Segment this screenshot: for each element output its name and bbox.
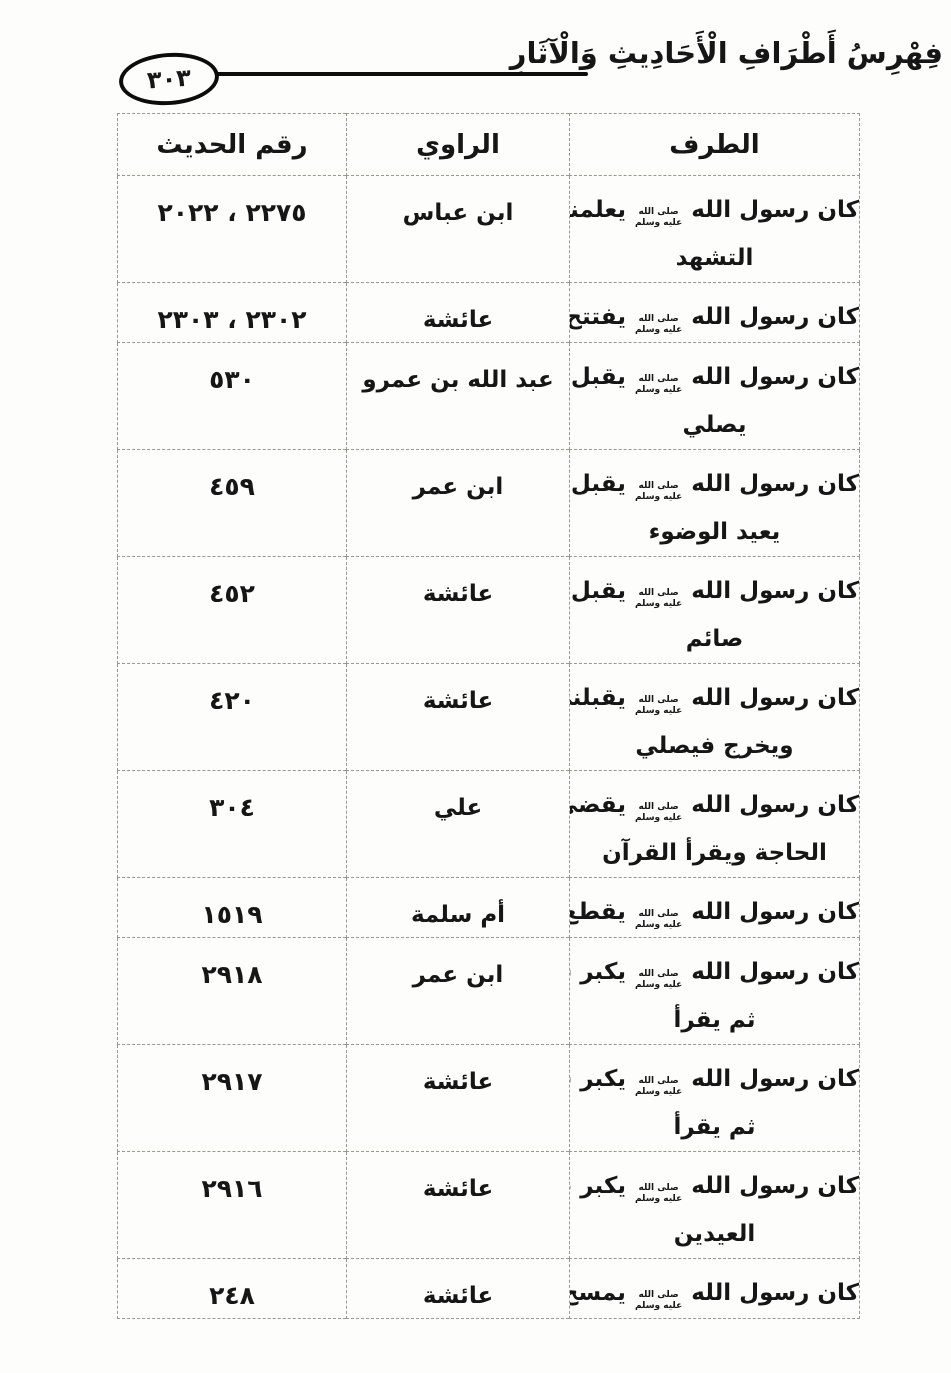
hadith-number-cell: ٢٩١٦ xyxy=(118,1152,347,1259)
taraf-cell: كان رسول الله صلى اللهعليه وسلم يقبل ثم … xyxy=(570,343,860,450)
table-row: كان رسول الله صلى اللهعليه وسلم يقضي الح… xyxy=(118,771,860,878)
hadith-number-cell: ٢٠٢٢ ، ٢٢٧٥ xyxy=(118,176,347,283)
taraf-rest: يكبر سبعا xyxy=(570,959,626,985)
taraf-line2: يعيد الوضوء xyxy=(570,508,859,556)
hadith-index-table: الطرف الراوي رقم الحديث كان رسول الله صل… xyxy=(117,113,860,1319)
taraf-cell: كان رسول الله صلى اللهعليه وسلم يفتتح xyxy=(570,283,860,343)
taraf-cell: كان رسول الله صلى اللهعليه وسلم يقبل وهو… xyxy=(570,557,860,664)
hadith-number-cell: ٤٥٩ xyxy=(118,450,347,557)
table-row: كان رسول الله صلى اللهعليه وسلم يكبر سبع… xyxy=(118,938,860,1045)
taraf-prefix: كان رسول الله xyxy=(691,1066,859,1092)
page-number: ٣٠٣ xyxy=(146,64,192,95)
taraf-cell: كان رسول الله صلى اللهعليه وسلم يكبر في … xyxy=(570,1152,860,1259)
taraf-cell: كان رسول الله صلى اللهعليه وسلم يعلمنا ا… xyxy=(570,176,860,283)
narrator-cell: ابن عمر xyxy=(347,450,570,557)
table-row: كان رسول الله صلى اللهعليه وسلم يقبل وهو… xyxy=(118,557,860,664)
hadith-number: ٢٠٢٢ ، ٢٢٧٥ xyxy=(158,198,307,227)
taraf-rest: يقبلني xyxy=(570,685,626,711)
taraf-line2: ثم يقرأ xyxy=(570,1103,859,1151)
narrator-cell: عبد الله بن عمرو xyxy=(347,343,570,450)
pbuh-honorific: صلى اللهعليه وسلم xyxy=(635,802,682,824)
pbuh-honorific: صلى اللهعليه وسلم xyxy=(635,1183,682,1205)
taraf-line1: كان رسول الله صلى اللهعليه وسلم يقبل وهو xyxy=(570,567,859,615)
pbuh-honorific: صلى اللهعليه وسلم xyxy=(635,1290,682,1312)
taraf-line2: العيدين xyxy=(570,1210,859,1258)
taraf-rest: يكبر في xyxy=(570,1173,626,1199)
hadith-number-cell: ٤٥٢ xyxy=(118,557,347,664)
hadith-number: ٢٩١٨ xyxy=(201,960,262,989)
taraf-line1: كان رسول الله صلى اللهعليه وسلم يفتتح xyxy=(570,293,859,341)
taraf-prefix: كان رسول الله xyxy=(691,471,859,497)
taraf-rest: يكبر سبعا xyxy=(570,1066,626,1092)
hadith-number-cell: ٢٩١٧ xyxy=(118,1045,347,1152)
hadith-number: ١٥١٩ xyxy=(201,900,262,929)
taraf-cell: كان رسول الله صلى اللهعليه وسلم يقطع قرا… xyxy=(570,878,860,938)
table-row: كان رسول الله صلى اللهعليه وسلم يقبل ولا… xyxy=(118,450,860,557)
narrator-cell: عائشة xyxy=(347,664,570,771)
pbuh-honorific: صلى اللهعليه وسلم xyxy=(635,481,682,503)
taraf-line1: كان رسول الله صلى اللهعليه وسلم يقطع قرا… xyxy=(570,888,859,936)
narrator-cell: عائشة xyxy=(347,1045,570,1152)
table-row: كان رسول الله صلى اللهعليه وسلم يعلمنا ا… xyxy=(118,176,860,283)
page-number-badge: ٣٠٣ xyxy=(117,50,220,109)
hadith-number: ٢٩١٦ xyxy=(201,1174,262,1203)
taraf-rest: يعلمنا xyxy=(570,197,626,223)
taraf-prefix: كان رسول الله xyxy=(691,197,859,223)
table-row: كان رسول الله صلى اللهعليه وسلم يقبلني و… xyxy=(118,664,860,771)
hadith-number-cell: ٤٢٠ xyxy=(118,664,347,771)
hadith-number-cell: ١٥١٩ xyxy=(118,878,347,938)
pbuh-honorific: صلى اللهعليه وسلم xyxy=(635,588,682,610)
hadith-number-cell: ٢٤٨ xyxy=(118,1259,347,1319)
taraf-line2: ثم يقرأ xyxy=(570,996,859,1044)
taraf-line1: كان رسول الله صلى اللهعليه وسلم يكبر سبع… xyxy=(570,1055,859,1103)
table-row: كان رسول الله صلى اللهعليه وسلم يمسح أذن… xyxy=(118,1259,860,1319)
hadith-number: ٢٩١٧ xyxy=(201,1067,262,1096)
taraf-cell: كان رسول الله صلى اللهعليه وسلم يكبر سبع… xyxy=(570,938,860,1045)
scanned-book-page: فِهْرِسُ أَطْرَافِ الْأَحَادِيثِ وَالْآث… xyxy=(0,0,951,1373)
taraf-prefix: كان رسول الله xyxy=(691,685,859,711)
pbuh-honorific: صلى اللهعليه وسلم xyxy=(635,1076,682,1098)
taraf-line1: كان رسول الله صلى اللهعليه وسلم يكبر في xyxy=(570,1162,859,1210)
hadith-number: ٤٥٢ xyxy=(209,579,255,608)
table-row: كان رسول الله صلى اللهعليه وسلم يكبر سبع… xyxy=(118,1045,860,1152)
table-row: كان رسول الله صلى اللهعليه وسلم يقطع قرا… xyxy=(118,878,860,938)
taraf-prefix: كان رسول الله xyxy=(691,899,859,925)
narrator-cell: ابن عمر xyxy=(347,938,570,1045)
taraf-rest: يقبل ثم xyxy=(570,364,626,390)
taraf-rest: يقضي xyxy=(570,792,626,818)
hadith-number: ٥٣٠ xyxy=(209,365,255,394)
header-rule xyxy=(214,72,588,76)
taraf-rest: يقبل وهو xyxy=(570,578,626,604)
taraf-line1: كان رسول الله صلى اللهعليه وسلم يقبل ولا xyxy=(570,460,859,508)
taraf-prefix: كان رسول الله xyxy=(691,304,859,330)
taraf-rest: يقطع قراءته xyxy=(570,899,626,925)
taraf-prefix: كان رسول الله xyxy=(691,578,859,604)
pbuh-honorific: صلى اللهعليه وسلم xyxy=(635,314,682,336)
taraf-prefix: كان رسول الله xyxy=(691,1173,859,1199)
hadith-number-cell: ٢٣٠٣ ، ٢٣٠٢ xyxy=(118,283,347,343)
pbuh-honorific: صلى اللهعليه وسلم xyxy=(635,909,682,931)
taraf-prefix: كان رسول الله xyxy=(691,1280,859,1306)
taraf-rest: يمسح أذنيه xyxy=(570,1280,626,1306)
hadith-number: ٤٥٩ xyxy=(209,472,255,501)
taraf-line2: ويخرج فيصلي xyxy=(570,722,859,770)
taraf-prefix: كان رسول الله xyxy=(691,364,859,390)
column-header-taraf: الطرف xyxy=(570,114,860,176)
pbuh-honorific: صلى اللهعليه وسلم xyxy=(635,374,682,396)
narrator-cell: ابن عباس xyxy=(347,176,570,283)
hadith-number: ٢٤٨ xyxy=(209,1281,255,1310)
hadith-number: ٤٢٠ xyxy=(209,686,255,715)
taraf-line1: كان رسول الله صلى اللهعليه وسلم يعلمنا xyxy=(570,186,859,234)
taraf-line1: كان رسول الله صلى اللهعليه وسلم يقبلني xyxy=(570,674,859,722)
taraf-line2: التشهد xyxy=(570,234,859,282)
taraf-prefix: كان رسول الله xyxy=(691,792,859,818)
taraf-rest: يقبل ولا xyxy=(570,471,626,497)
table-row: كان رسول الله صلى اللهعليه وسلم يقبل ثم … xyxy=(118,343,860,450)
hadith-number-cell: ٢٩١٨ xyxy=(118,938,347,1045)
taraf-cell: كان رسول الله صلى اللهعليه وسلم يقضي الح… xyxy=(570,771,860,878)
taraf-prefix: كان رسول الله xyxy=(691,959,859,985)
taraf-line2: الحاجة ويقرأ القرآن xyxy=(570,829,859,877)
narrator-cell: عائشة xyxy=(347,1152,570,1259)
hadith-number-cell: ٥٣٠ xyxy=(118,343,347,450)
taraf-rest: يفتتح xyxy=(570,304,626,330)
table-row: كان رسول الله صلى اللهعليه وسلم يكبر في … xyxy=(118,1152,860,1259)
hadith-number-cell: ٣٠٤ xyxy=(118,771,347,878)
narrator-cell: عائشة xyxy=(347,1259,570,1319)
column-header-rawi: الراوي xyxy=(347,114,570,176)
taraf-cell: كان رسول الله صلى اللهعليه وسلم يكبر سبع… xyxy=(570,1045,860,1152)
taraf-cell: كان رسول الله صلى اللهعليه وسلم يمسح أذن… xyxy=(570,1259,860,1319)
header-row: الطرف الراوي رقم الحديث xyxy=(118,114,860,176)
taraf-line1: كان رسول الله صلى اللهعليه وسلم يمسح أذن… xyxy=(570,1269,859,1317)
narrator-cell: أم سلمة xyxy=(347,878,570,938)
hadith-number: ٣٠٤ xyxy=(209,793,255,822)
taraf-cell: كان رسول الله صلى اللهعليه وسلم يقبلني و… xyxy=(570,664,860,771)
page-title: فِهْرِسُ أَطْرَافِ الْأَحَادِيثِ وَالْآث… xyxy=(510,36,943,70)
taraf-line1: كان رسول الله صلى اللهعليه وسلم يقبل ثم xyxy=(570,353,859,401)
table-row: كان رسول الله صلى اللهعليه وسلم يفتتح عا… xyxy=(118,283,860,343)
taraf-cell: كان رسول الله صلى اللهعليه وسلم يقبل ولا… xyxy=(570,450,860,557)
pbuh-honorific: صلى اللهعليه وسلم xyxy=(635,207,682,229)
narrator-cell: عائشة xyxy=(347,283,570,343)
narrator-cell: عائشة xyxy=(347,557,570,664)
pbuh-honorific: صلى اللهعليه وسلم xyxy=(635,969,682,991)
taraf-line2: يصلي xyxy=(570,401,859,449)
taraf-line1: كان رسول الله صلى اللهعليه وسلم يكبر سبع… xyxy=(570,948,859,996)
column-header-raqm: رقم الحديث xyxy=(118,114,347,176)
narrator-cell: علي xyxy=(347,771,570,878)
hadith-number: ٢٣٠٣ ، ٢٣٠٢ xyxy=(158,305,307,334)
pbuh-honorific: صلى اللهعليه وسلم xyxy=(635,695,682,717)
taraf-line2: صائم xyxy=(570,615,859,663)
taraf-line1: كان رسول الله صلى اللهعليه وسلم يقضي xyxy=(570,781,859,829)
